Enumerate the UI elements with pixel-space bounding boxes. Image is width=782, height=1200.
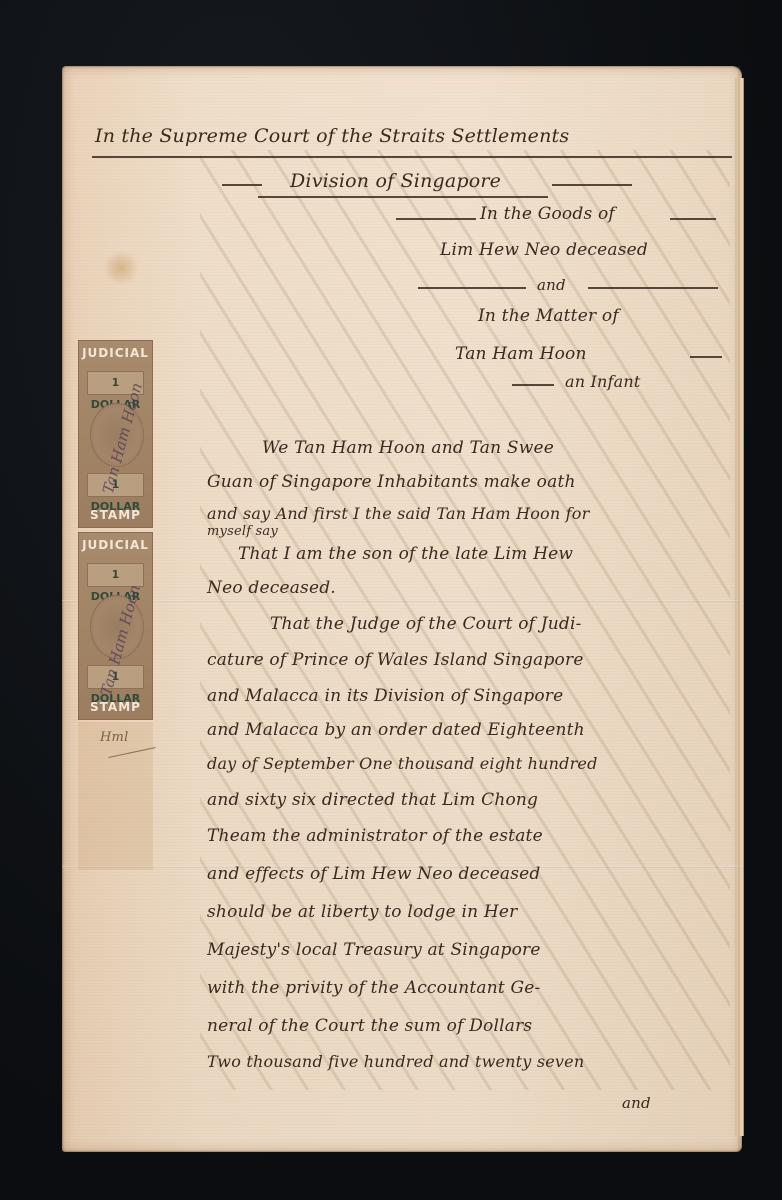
body-line: and say And first I the said Tan Ham Hoo… [207,504,589,523]
paper-stain [103,250,139,286]
goods-dash-left [396,218,476,220]
vertical-fold-line [738,66,740,1152]
infant-name: Tan Ham Hoon [455,344,587,364]
margin-initials: Hml [100,730,128,745]
body-line: Two thousand five hundred and twenty sev… [207,1052,584,1071]
division-underline [258,196,548,198]
division-heading: Division of Singapore [290,170,501,192]
and-rule-right [588,287,718,289]
body-line: should be at liberty to lodge in Her [207,902,517,922]
heading-underline [92,156,732,158]
in-the-matter-of: In the Matter of [478,306,619,326]
body-line: Majesty's local Treasury at Singapore [207,940,541,960]
body-line: and Malacca by an order dated Eighteenth [207,720,585,740]
infant-name-dash [690,356,722,358]
infant-dash-left [512,384,554,386]
body-line: day of September One thousand eight hund… [207,754,598,773]
body-line: and effects of Lim Hew Neo deceased [207,864,540,884]
in-the-goods-of: In the Goods of [480,204,615,224]
judicial-stamp: JUDICIAL 1 DOLLAR 1 DOLLAR STAMP Tan Ham… [78,340,153,528]
division-dash-left [222,184,262,186]
body-line: Neo deceased. [207,578,336,598]
judicial-stamp: JUDICIAL 1 DOLLAR 1 DOLLAR STAMP Tan Ham… [78,532,153,720]
goods-dash-right [670,218,716,220]
and-rule-left [418,287,526,289]
deceased-name: Lim Hew Neo deceased [440,240,648,260]
court-heading: In the Supreme Court of the Straits Sett… [95,125,569,147]
body-line: Theam the administrator of the estate [207,826,543,846]
body-line: neral of the Court the sum of Dollars [207,1016,532,1036]
and-separator: and [537,276,566,294]
stamp-bottom-label: STAMP [79,697,152,717]
body-line: We Tan Ham Hoon and Tan Swee [262,438,554,458]
body-line: and sixty six directed that Lim Chong [207,790,538,810]
body-line: That the Judge of the Court of Judi- [270,614,582,634]
an-infant: an Infant [565,372,641,391]
stamp-value: 1 DOLLAR [87,563,144,587]
division-dash-right [552,184,632,186]
body-line: with the privity of the Accountant Ge- [207,978,541,998]
stamp-top-label: JUDICIAL [79,535,152,555]
catchword: and [622,1094,651,1112]
body-line: and Malacca in its Division of Singapore [207,686,563,706]
body-line: cature of Prince of Wales Island Singapo… [207,650,584,670]
stamp-bottom-label: STAMP [79,505,152,525]
horizontal-fold-line [62,600,742,602]
body-line: That I am the son of the late Lim Hew [238,544,573,564]
body-line: myself say [207,524,278,539]
body-line: Guan of Singapore Inhabitants make oath [207,472,576,492]
stamp-top-label: JUDICIAL [79,343,152,363]
